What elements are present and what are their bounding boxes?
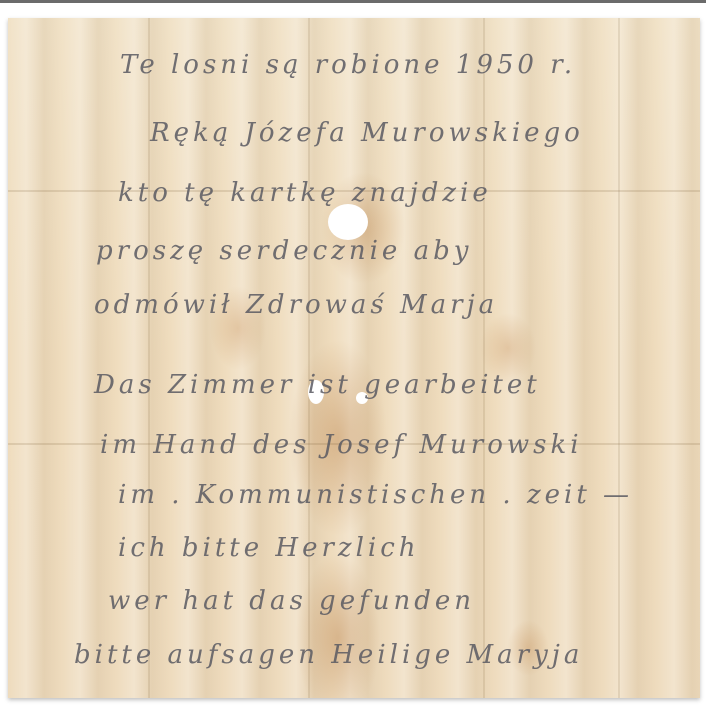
handwritten-line-2: Ręką Józefa Murowskiego — [150, 118, 584, 148]
handwritten-line-7: im Hand des Josef Murowski — [100, 430, 583, 460]
handwritten-line-5: odmówił Zdrowaś Marja — [94, 290, 498, 320]
handwritten-line-9: ich bitte Herzlich — [118, 533, 420, 563]
letter-paper: Te losni są robione 1950 r. Ręką Józefa … — [8, 18, 700, 698]
handwritten-line-11: bitte aufsagen Heilige Maryja — [74, 640, 583, 670]
handwritten-line-10: wer hat das gefunden — [108, 586, 475, 616]
fold-line — [618, 18, 620, 698]
handwritten-line-4: proszę serdecznie aby — [96, 236, 472, 266]
handwritten-line-8: im . Kommunistischen . zeit — — [118, 480, 633, 510]
paper-hole — [328, 204, 368, 240]
scan-top-border — [0, 0, 706, 3]
handwritten-line-1: Te losni są robione 1950 r. — [120, 50, 576, 80]
handwritten-line-3: kto tę kartkę znajdzie — [118, 178, 492, 208]
handwritten-line-6: Das Zimmer ist gearbeitet — [94, 370, 541, 400]
